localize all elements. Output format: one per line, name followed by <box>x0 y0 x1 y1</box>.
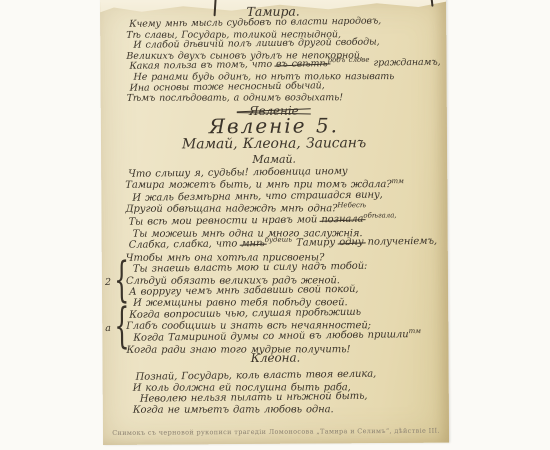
speech-line: Познай, Государь, коль власть твоя велик… <box>136 369 377 383</box>
margin-brace: { <box>114 303 130 351</box>
margin-label: 2 <box>105 277 111 288</box>
speech-line: Когда не имѣетъ дать любовь одна. <box>133 404 377 416</box>
speech-line: Слабка, слабка, что мнѣбудешь Тамиру одн… <box>129 236 437 252</box>
inserted-word: тм <box>391 178 403 186</box>
characters-heading: Мамай, Клеона, Заисанъ <box>101 135 447 153</box>
inserted-word: Небесѣ <box>337 201 366 209</box>
struck-word: мнѣ <box>241 238 265 249</box>
struck-word: одну <box>339 237 364 248</box>
manuscript-plate: Тамира. Кчему мнѣ мысль судьбовъ по влас… <box>100 0 449 445</box>
inserted-word: родъ слове <box>328 56 370 65</box>
inserted-word: будешь <box>265 236 292 244</box>
margin-label: а <box>105 323 111 334</box>
inserted-word: обѣгала, <box>363 211 396 219</box>
speaker-heading: Клеона. <box>102 350 448 366</box>
kleona-speech: Познай, Государь, коль власть твоя велик… <box>133 370 377 416</box>
book-page: Тамира. Кчему мнѣ мысль судьбовъ по влас… <box>0 0 550 450</box>
tamira-speech: Кчему мнѣ мысль судьбовъ по власти народ… <box>126 18 441 105</box>
speech-line: Кчему мнѣ мысль судьбовъ по власти народ… <box>129 16 440 31</box>
speech-line: Ты знаешь власть мою и силу надъ тобой: <box>133 260 437 275</box>
inserted-word: тм <box>408 327 421 335</box>
speech-line: И слабой дѣвичій полъ лишивъ другой своб… <box>133 37 440 52</box>
struck-word: познала <box>321 213 363 225</box>
manuscript-text: Тамира. Кчему мнѣ мысль судьбовъ по влас… <box>100 0 449 445</box>
mamay-speech: Что слышу я, судьбы! любовница иномуТами… <box>125 167 438 357</box>
speech-line: Неволею нельзя пылать и нѣжной быть, <box>140 391 377 405</box>
struck-word: въ свѣтѣ <box>276 59 328 71</box>
